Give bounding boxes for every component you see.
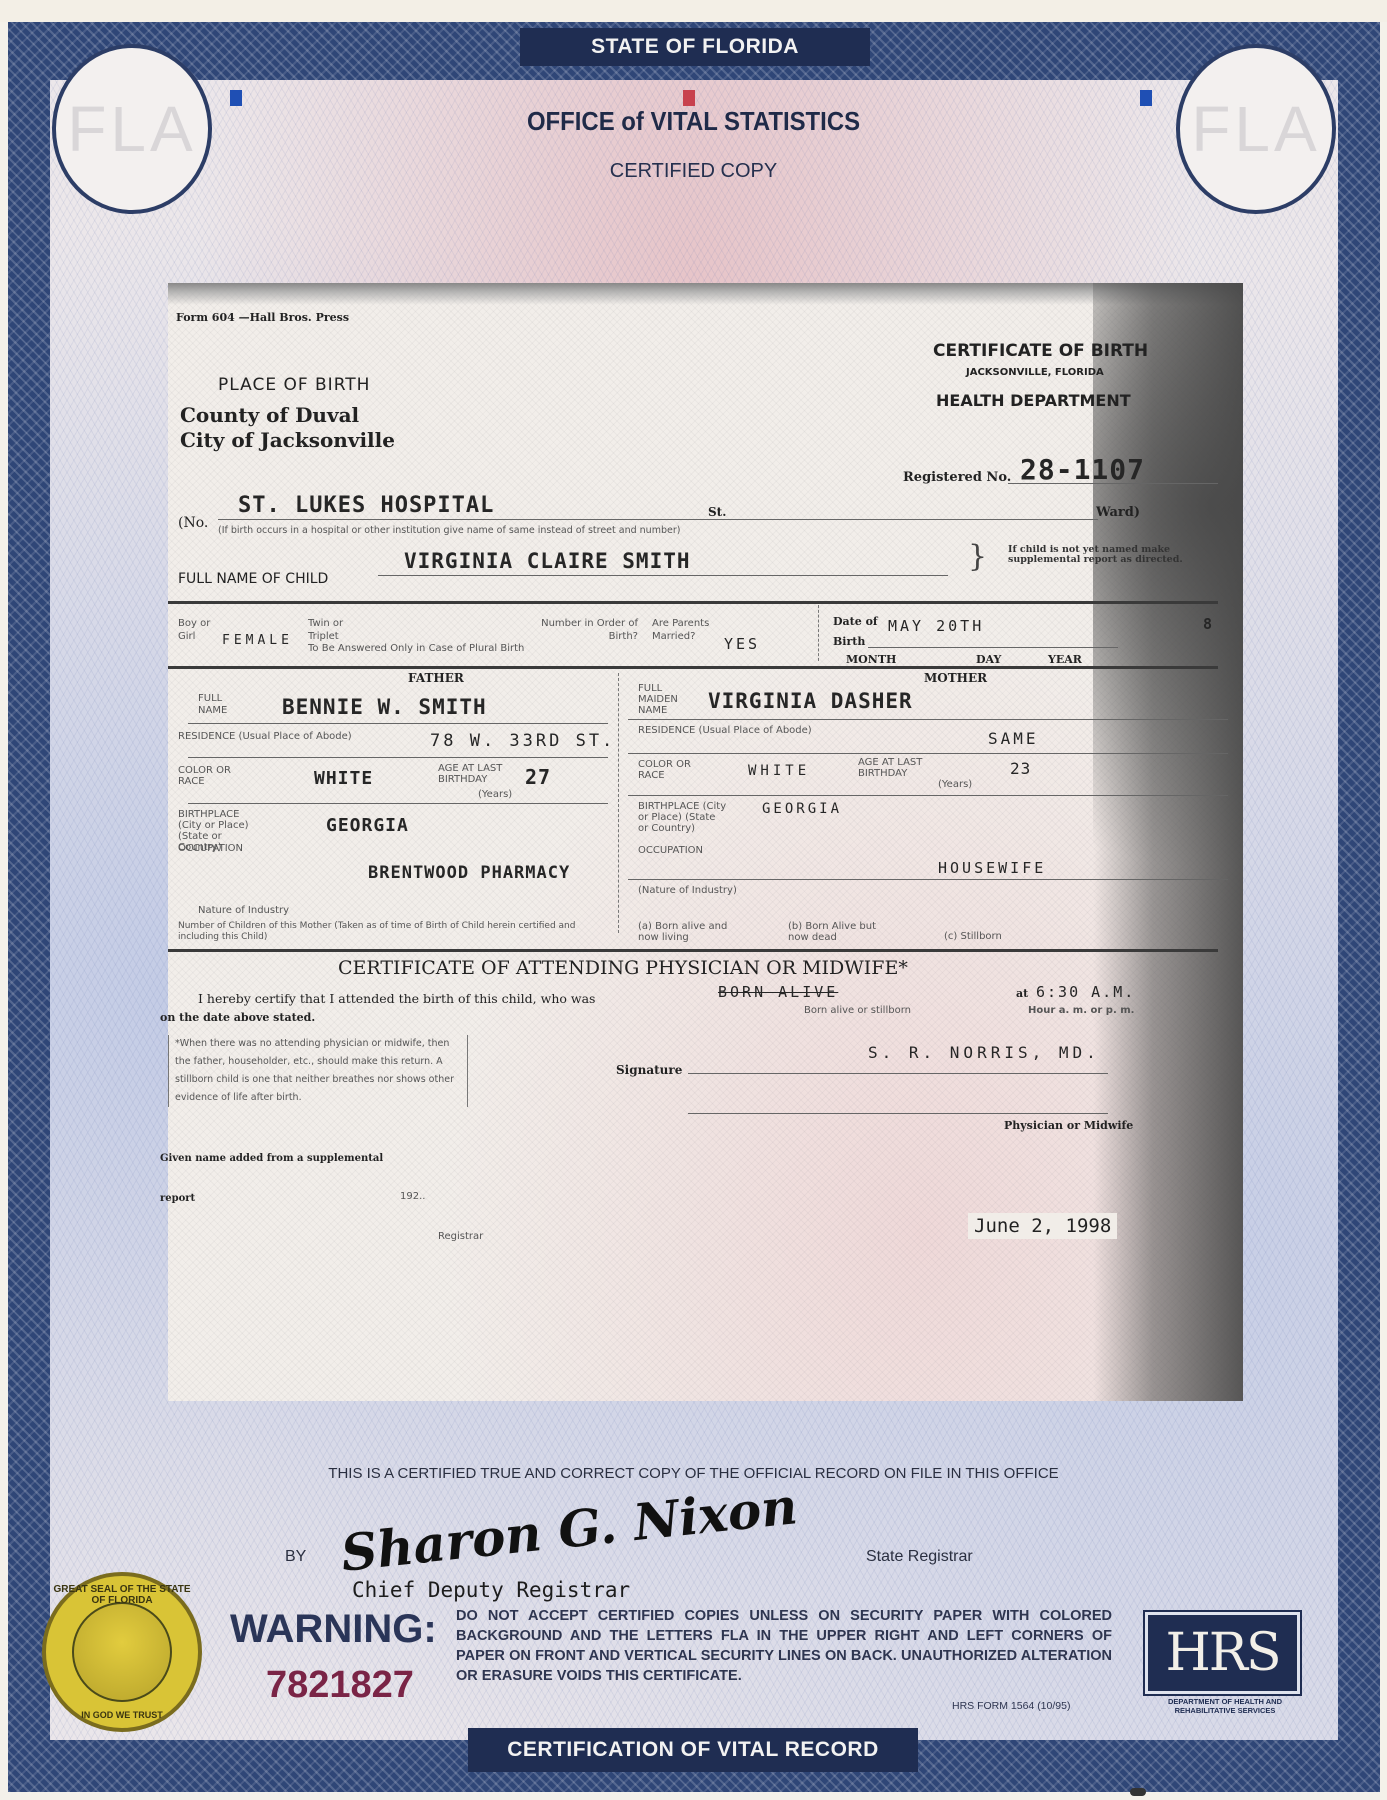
mother-age-unit: (Years) xyxy=(938,779,972,790)
county-label: County of Duval xyxy=(180,403,359,427)
institution-note: (If birth occurs in a hospital or other … xyxy=(218,525,680,536)
father-residence-label: RESIDENCE (Usual Place of Abode) xyxy=(178,731,358,742)
birth-order-label: Number in Order of Birth? xyxy=(528,617,638,643)
at-label: at xyxy=(1016,987,1028,1000)
plural-birth-note: To Be Answered Only in Case of Plural Bi… xyxy=(308,643,524,654)
father-name-value: BENNIE W. SMITH xyxy=(282,695,487,719)
brace-icon: } xyxy=(968,539,987,574)
father-residence-value: 78 W. 33RD ST. xyxy=(430,731,615,751)
birth-label: Birth xyxy=(833,635,865,648)
born-alive-dead-label: (b) Born Alive but now dead xyxy=(788,921,898,943)
birth-time-value: 6:30 A.M. xyxy=(1036,983,1135,1001)
row-line xyxy=(188,803,608,804)
father-age-label: AGE AT LAST BIRTHDAY xyxy=(438,763,518,785)
parents-married-label: Are Parents Married? xyxy=(652,617,732,643)
certify-statement-2: on the date above stated. xyxy=(160,1011,315,1024)
mother-birthplace-value: GEORGIA xyxy=(762,801,842,817)
parents-married-value: YES xyxy=(724,635,760,653)
hrs-logo: HRS xyxy=(1145,1612,1300,1694)
photocopy-top-edge xyxy=(168,283,1243,305)
signature-label: Signature xyxy=(616,1063,682,1077)
registered-no-line xyxy=(1008,483,1218,484)
street-label: St. xyxy=(708,505,726,519)
physician-certificate-heading: CERTIFICATE OF ATTENDING PHYSICIAN OR MI… xyxy=(338,957,908,979)
birth-year-fragment: 8 xyxy=(1203,615,1213,633)
mother-age-value: 23 xyxy=(1010,759,1031,778)
child-name-line xyxy=(378,575,948,576)
form-number: HRS FORM 1564 (10/95) xyxy=(952,1700,1070,1712)
mother-birthplace-label: BIRTHPLACE (City or Place) (State or Cou… xyxy=(638,801,728,834)
paper-clip-mark xyxy=(1130,1788,1146,1796)
registered-no-label: Registered No. xyxy=(903,470,1011,485)
given-name-label: Given name added from a supplemental xyxy=(160,1153,383,1164)
divider xyxy=(618,673,619,933)
certification-banner: CERTIFICATION OF VITAL RECORD xyxy=(468,1728,918,1772)
florida-state-seal-icon: GREAT SEAL OF THE STATE OF FLORIDA IN GO… xyxy=(42,1572,202,1732)
issue-date: June 2, 1998 xyxy=(968,1213,1117,1239)
date-of-birth-label: Date of xyxy=(833,615,878,628)
father-age-value: 27 xyxy=(525,765,551,789)
state-banner: STATE OF FLORIDA xyxy=(520,28,870,66)
security-mark-red-center xyxy=(683,90,695,106)
office-title: OFFICE of VITAL STATISTICS xyxy=(55,106,1331,137)
mother-occupation-value: HOUSEWIFE xyxy=(938,859,1046,877)
place-of-birth-heading: PLACE OF BIRTH xyxy=(218,375,370,395)
stillborn-label: (c) Stillborn xyxy=(944,931,1002,942)
attendant-note: *When there was no attending physician o… xyxy=(168,1035,468,1107)
health-department-label: HEALTH DEPARTMENT xyxy=(936,391,1131,410)
certification-statement: THIS IS A CERTIFIED TRUE AND CORRECT COP… xyxy=(0,1465,1387,1482)
child-name-value: VIRGINIA CLAIRE SMITH xyxy=(404,549,691,573)
child-name-label: FULL NAME OF CHILD xyxy=(178,571,328,587)
birth-status-value: BORN ALIVE xyxy=(718,983,838,1001)
certify-statement: I hereby certify that I attended the bir… xyxy=(198,991,595,1006)
hrs-department-label: DEPARTMENT OF HEALTH AND REHABILITATIVE … xyxy=(1140,1697,1310,1715)
institution-value: ST. LUKES HOSPITAL xyxy=(238,493,494,518)
section-rule xyxy=(168,949,1218,952)
father-birthplace-value: GEORGIA xyxy=(326,815,409,836)
section-rule xyxy=(168,601,1218,604)
year-prefix: 192.. xyxy=(400,1191,425,1202)
state-registrar-label: State Registrar xyxy=(866,1548,973,1566)
seal-emblem-icon xyxy=(72,1602,172,1702)
row-line xyxy=(188,723,608,724)
father-heading: FATHER xyxy=(408,671,464,685)
registrar-label: Registrar xyxy=(438,1231,483,1242)
row-line xyxy=(188,757,608,758)
security-mark-blue-left xyxy=(230,90,242,106)
row-line xyxy=(628,753,1228,754)
top-paper-strip xyxy=(0,0,1387,22)
city-label: City of Jacksonville xyxy=(180,428,395,452)
report-label: report xyxy=(160,1193,195,1204)
children-count-label: Number of Children of this Mother (Taken… xyxy=(178,921,578,943)
date-of-birth-value: MAY 20TH xyxy=(888,617,984,635)
father-age-unit: (Years) xyxy=(478,789,512,800)
father-occupation-value: BRENTWOOD PHARMACY xyxy=(368,863,570,883)
mother-name-value: VIRGINIA DASHER xyxy=(708,689,913,713)
section-rule xyxy=(168,666,1218,669)
ward-label: Ward) xyxy=(1096,505,1140,520)
mother-occupation-label: OCCUPATION xyxy=(638,845,703,856)
warning-label: WARNING: xyxy=(230,1607,437,1652)
institution-no-label: (No. xyxy=(178,515,208,531)
row-line xyxy=(628,879,1228,880)
seal-text-bottom: IN GOD WE TRUST xyxy=(46,1710,198,1720)
sex-value: FEMALE xyxy=(222,633,293,648)
father-race-label: COLOR OR RACE xyxy=(178,765,238,787)
row-line xyxy=(628,719,1228,720)
mother-name-label: FULL MAIDEN NAME xyxy=(638,683,688,716)
father-race-value: WHITE xyxy=(314,768,373,789)
registered-no-value: 28-1107 xyxy=(1020,453,1145,486)
by-label: BY xyxy=(285,1548,306,1566)
mother-race-label: COLOR OR RACE xyxy=(638,759,708,781)
birth-time-label: Hour a. m. or p. m. xyxy=(1028,1005,1134,1016)
divider xyxy=(818,605,819,661)
row-line xyxy=(628,795,1228,796)
seal-text-top: GREAT SEAL OF THE STATE OF FLORIDA xyxy=(46,1584,198,1606)
certificate-of-birth-title: CERTIFICATE OF BIRTH xyxy=(933,341,1148,361)
birth-status-label: Born alive or stillborn xyxy=(804,1005,911,1016)
father-name-label: FULL NAME xyxy=(198,693,238,717)
form-press-label: Form 604 —Hall Bros. Press xyxy=(176,311,349,324)
twin-label: Twin or Triplet xyxy=(308,617,368,643)
born-alive-living-label: (a) Born alive and now living xyxy=(638,921,748,943)
sex-label: Boy or Girl xyxy=(178,617,218,643)
father-occupation-label: OCCUPATION xyxy=(178,843,243,854)
certified-copy-subtitle: CERTIFIED COPY xyxy=(0,160,1387,183)
year-label: YEAR xyxy=(1048,653,1082,666)
signature-line xyxy=(688,1113,1108,1114)
mother-age-label: AGE AT LAST BIRTHDAY xyxy=(858,757,968,779)
serial-number: 7821827 xyxy=(266,1664,414,1707)
mother-industry-label: (Nature of Industry) xyxy=(638,885,737,896)
physician-role-label: Physician or Midwife xyxy=(1004,1119,1133,1132)
day-label: DAY xyxy=(976,653,1001,666)
mother-race-value: WHITE xyxy=(748,763,810,779)
signature-line xyxy=(688,1073,1108,1074)
warning-text: DO NOT ACCEPT CERTIFIED COPIES UNLESS ON… xyxy=(456,1606,1112,1686)
mother-heading: MOTHER xyxy=(924,671,987,685)
mother-residence-label: RESIDENCE (Usual Place of Abode) xyxy=(638,725,818,736)
certificate-location: JACKSONVILLE, FLORIDA xyxy=(966,367,1104,378)
father-industry-label: Nature of Industry xyxy=(198,905,289,916)
security-mark-blue-right xyxy=(1140,90,1152,106)
physician-signature-value: S. R. NORRIS, MD. xyxy=(868,1043,1100,1062)
chief-deputy-registrar-label: Chief Deputy Registrar xyxy=(352,1578,630,1602)
institution-line xyxy=(218,519,1098,520)
supplemental-note: If child is not yet named make supplemen… xyxy=(1008,545,1198,565)
birth-certificate-photocopy: Form 604 —Hall Bros. Press PLACE OF BIRT… xyxy=(168,283,1243,1401)
dob-line xyxy=(868,647,1118,648)
month-label: MONTH xyxy=(846,653,896,666)
mother-residence-value: SAME xyxy=(988,729,1039,748)
